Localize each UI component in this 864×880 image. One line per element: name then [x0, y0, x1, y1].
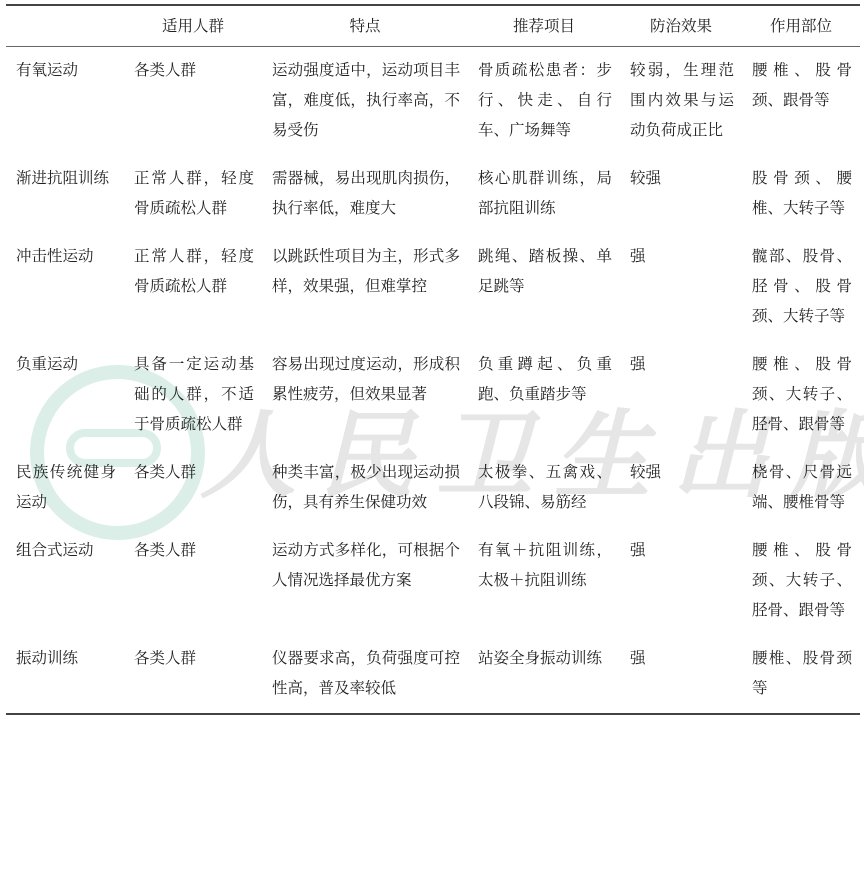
header-exercise-type — [6, 5, 124, 47]
cell-exercise-type: 负重运动 — [6, 341, 124, 449]
cell-effect: 强 — [620, 527, 742, 635]
cell-target-sites: 腰椎、股骨颈等 — [742, 635, 860, 714]
header-recommended-items: 推荐项目 — [468, 5, 620, 47]
cell-target-sites: 腰椎、股骨颈、大转子、胫骨、跟骨等 — [742, 527, 860, 635]
cell-characteristics: 运动方式多样化，可根据个人情况选择最优方案 — [262, 527, 468, 635]
cell-characteristics: 以跳跃性项目为主，形式多样，效果强，但难掌控 — [262, 233, 468, 341]
cell-exercise-type: 组合式运动 — [6, 527, 124, 635]
cell-recommended-items: 有氧＋抗阻训练，太极＋抗阻训练 — [468, 527, 620, 635]
exercise-comparison-table: 适用人群 特点 推荐项目 防治效果 作用部位 有氧运动 各类人群 运动强度适中，… — [6, 4, 860, 715]
header-target-sites: 作用部位 — [742, 5, 860, 47]
table-row: 民族传统健身运动 各类人群 种类丰富，极少出现运动损伤，具有养生保健功效 太极拳… — [6, 449, 860, 527]
cell-target-sites: 桡骨、尺骨远端、腰椎骨等 — [742, 449, 860, 527]
cell-characteristics: 需器械，易出现肌肉损伤，执行率低，难度大 — [262, 155, 468, 233]
table-row: 负重运动 具备一定运动基础的人群，不适于骨质疏松人群 容易出现过度运动，形成积累… — [6, 341, 860, 449]
cell-effect: 较弱，生理范围内效果与运动负荷成正比 — [620, 47, 742, 156]
cell-recommended-items: 负重蹲起、负重跑、负重踏步等 — [468, 341, 620, 449]
cell-recommended-items: 太极拳、五禽戏、八段锦、易筋经 — [468, 449, 620, 527]
cell-recommended-items: 站姿全身振动训练 — [468, 635, 620, 714]
cell-exercise-type: 渐进抗阻训练 — [6, 155, 124, 233]
cell-target-population: 正常人群，轻度骨质疏松人群 — [124, 155, 262, 233]
table-row: 有氧运动 各类人群 运动强度适中，运动项目丰富，难度低，执行率高，不易受伤 骨质… — [6, 47, 860, 156]
cell-effect: 强 — [620, 635, 742, 714]
cell-characteristics: 种类丰富，极少出现运动损伤，具有养生保健功效 — [262, 449, 468, 527]
cell-target-population: 正常人群，轻度骨质疏松人群 — [124, 233, 262, 341]
cell-target-population: 具备一定运动基础的人群，不适于骨质疏松人群 — [124, 341, 262, 449]
cell-effect: 较强 — [620, 155, 742, 233]
table-header-row: 适用人群 特点 推荐项目 防治效果 作用部位 — [6, 5, 860, 47]
cell-recommended-items: 骨质疏松患者：步行、快走、自行车、广场舞等 — [468, 47, 620, 156]
table-row: 渐进抗阻训练 正常人群，轻度骨质疏松人群 需器械，易出现肌肉损伤，执行率低，难度… — [6, 155, 860, 233]
cell-characteristics: 运动强度适中，运动项目丰富，难度低，执行率高，不易受伤 — [262, 47, 468, 156]
cell-recommended-items: 跳绳、踏板操、单足跳等 — [468, 233, 620, 341]
cell-characteristics: 容易出现过度运动，形成积累性疲劳，但效果显著 — [262, 341, 468, 449]
header-target-population: 适用人群 — [124, 5, 262, 47]
cell-effect: 较强 — [620, 449, 742, 527]
cell-target-population: 各类人群 — [124, 449, 262, 527]
header-characteristics: 特点 — [262, 5, 468, 47]
cell-exercise-type: 振动训练 — [6, 635, 124, 714]
table-row: 冲击性运动 正常人群，轻度骨质疏松人群 以跳跃性项目为主，形式多样，效果强，但难… — [6, 233, 860, 341]
header-effect: 防治效果 — [620, 5, 742, 47]
table-row: 组合式运动 各类人群 运动方式多样化，可根据个人情况选择最优方案 有氧＋抗阻训练… — [6, 527, 860, 635]
cell-target-sites: 髋部、股骨、胫骨、股骨颈、大转子等 — [742, 233, 860, 341]
cell-effect: 强 — [620, 233, 742, 341]
cell-target-sites: 股骨颈、腰椎、大转子等 — [742, 155, 860, 233]
cell-exercise-type: 有氧运动 — [6, 47, 124, 156]
cell-target-population: 各类人群 — [124, 635, 262, 714]
cell-exercise-type: 冲击性运动 — [6, 233, 124, 341]
cell-recommended-items: 核心肌群训练，局部抗阻训练 — [468, 155, 620, 233]
cell-characteristics: 仪器要求高，负荷强度可控性高，普及率较低 — [262, 635, 468, 714]
cell-target-sites: 腰椎、股骨颈、大转子、胫骨、跟骨等 — [742, 341, 860, 449]
cell-target-population: 各类人群 — [124, 527, 262, 635]
cell-target-population: 各类人群 — [124, 47, 262, 156]
cell-exercise-type: 民族传统健身运动 — [6, 449, 124, 527]
cell-target-sites: 腰椎、股骨颈、跟骨等 — [742, 47, 860, 156]
cell-effect: 强 — [620, 341, 742, 449]
table-row: 振动训练 各类人群 仪器要求高，负荷强度可控性高，普及率较低 站姿全身振动训练 … — [6, 635, 860, 714]
